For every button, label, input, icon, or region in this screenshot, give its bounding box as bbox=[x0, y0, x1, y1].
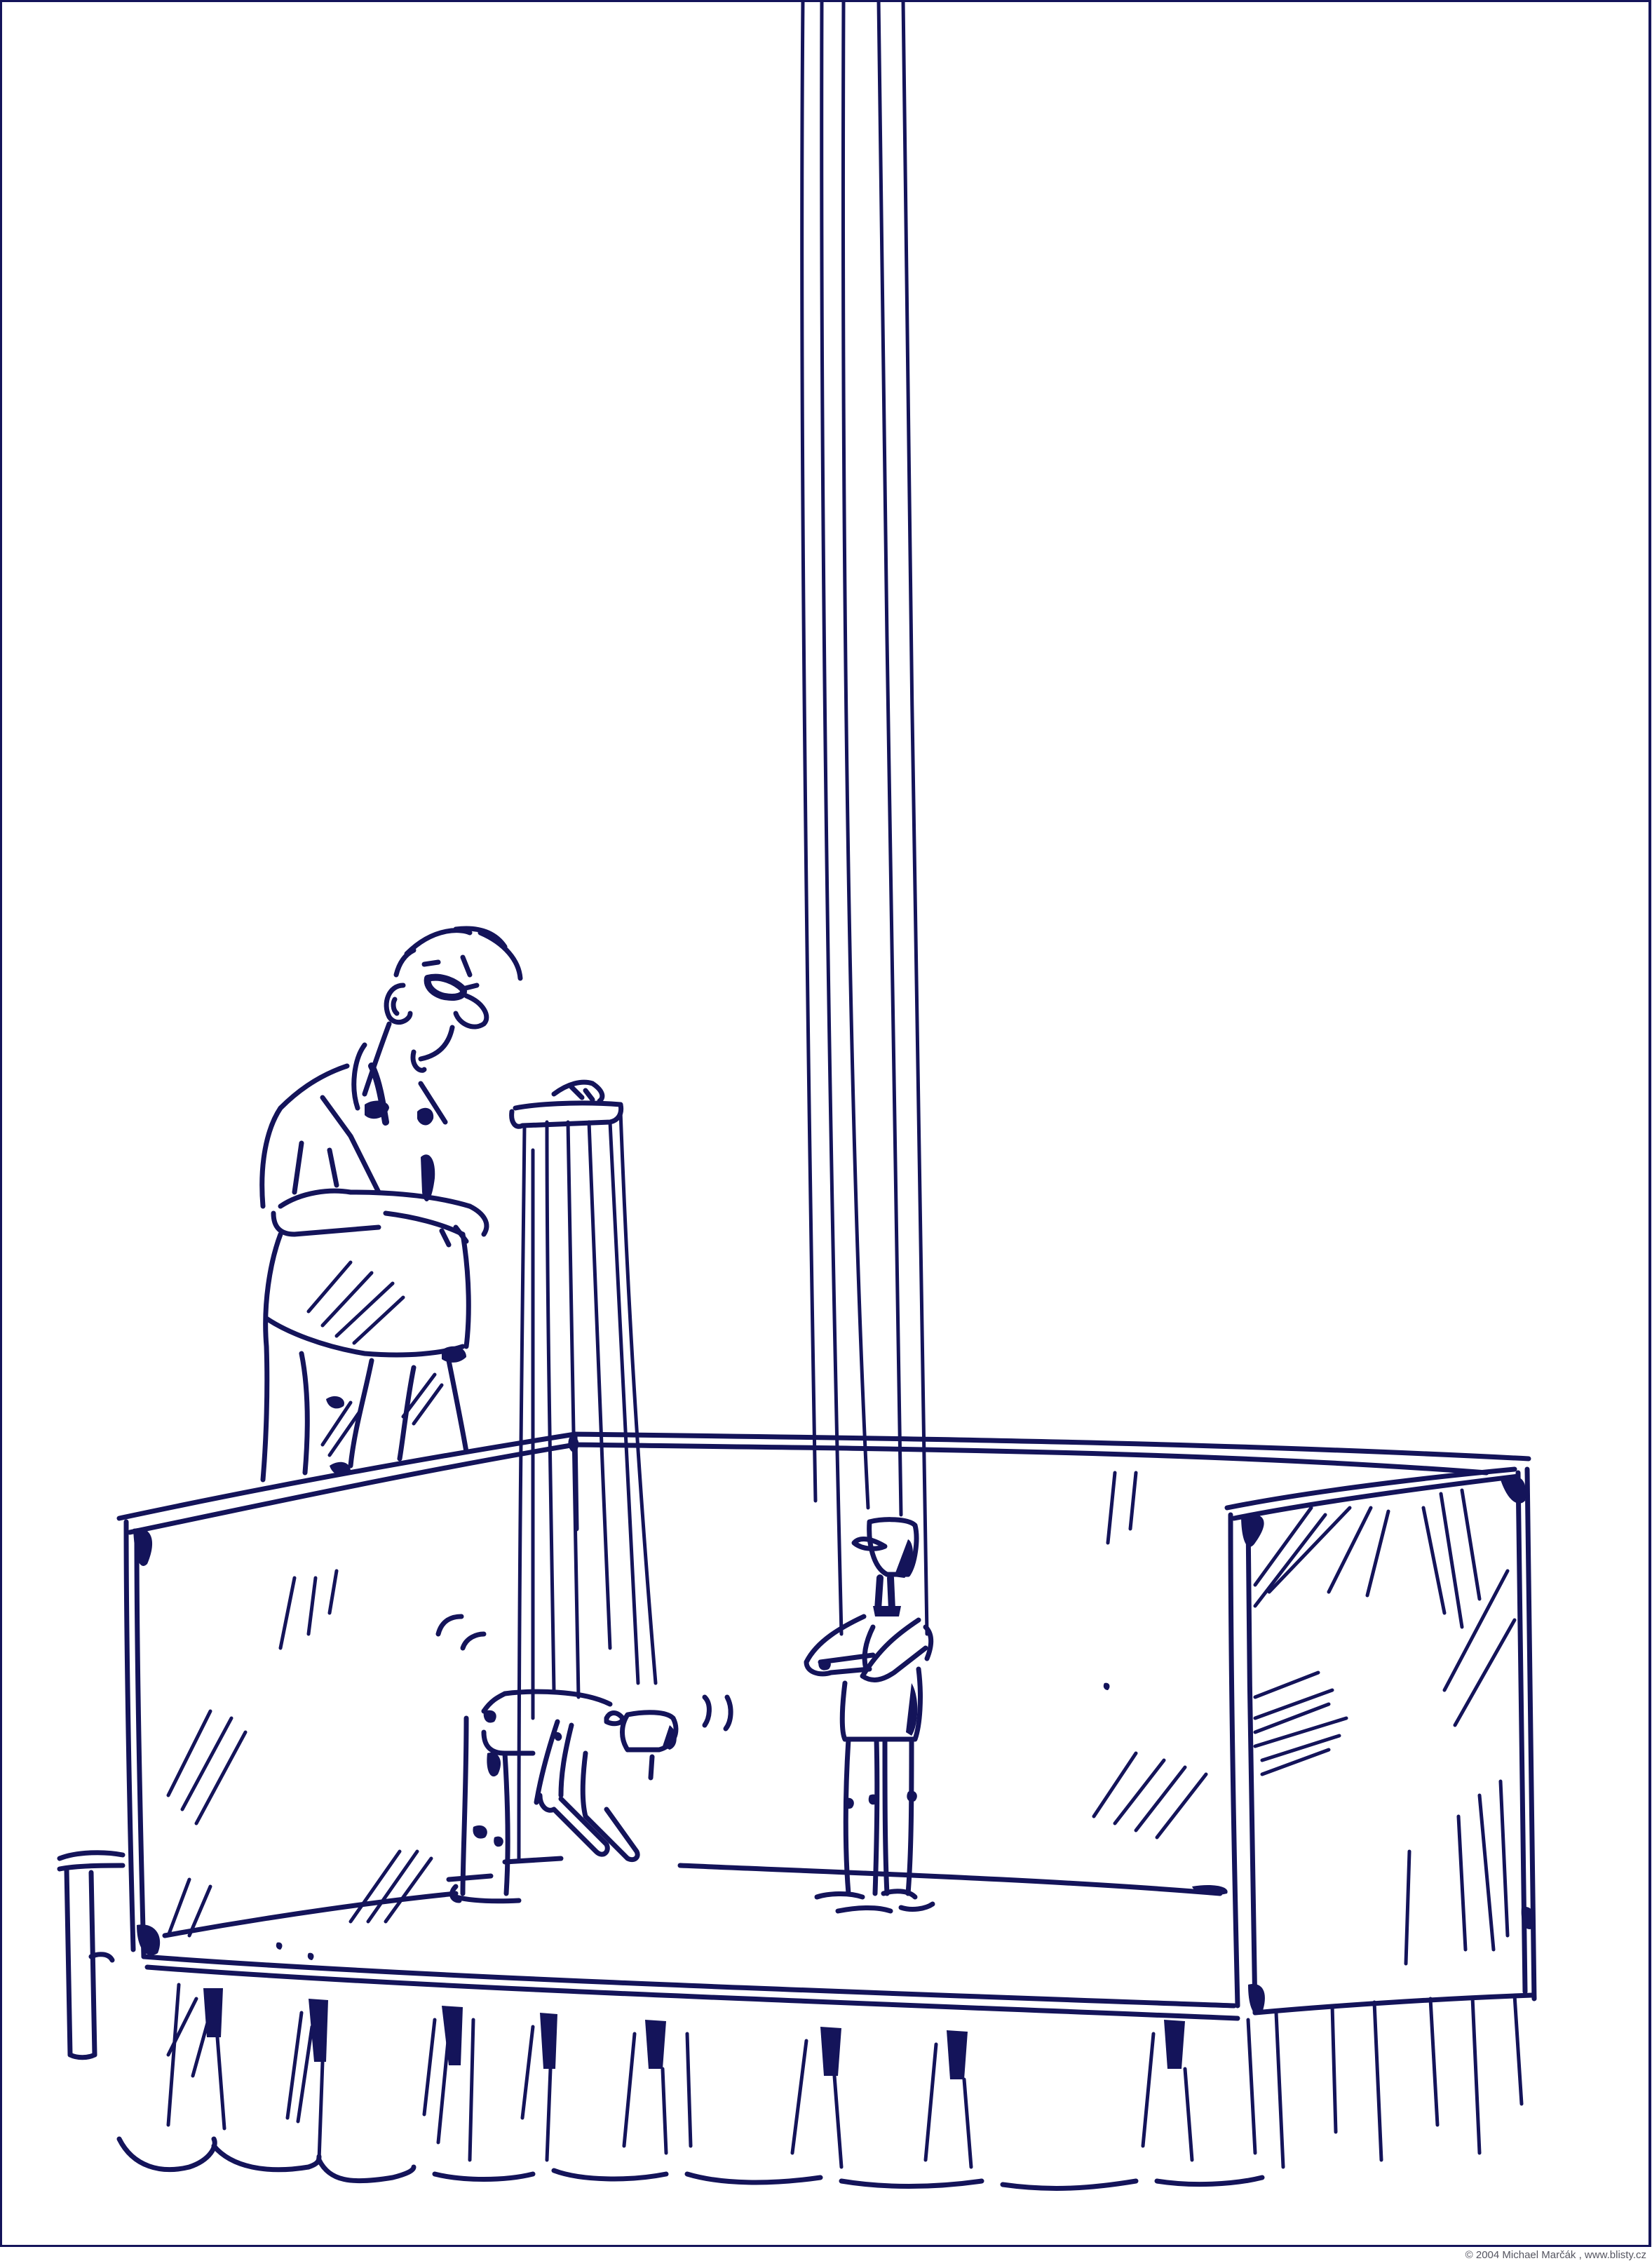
long-strings bbox=[802, 0, 927, 1634]
stool bbox=[60, 1853, 123, 2058]
puppet-stage bbox=[119, 1434, 1534, 2018]
bowing-marionette bbox=[438, 1616, 731, 1901]
cartoon-drawing bbox=[0, 0, 1652, 2244]
copyright-credit: © 2004 Michael Marčák , www.blisty.cz bbox=[1465, 2249, 1646, 2261]
control-bar bbox=[512, 1082, 656, 1858]
stage-skirt bbox=[119, 1985, 1522, 2188]
puppeteer bbox=[262, 929, 520, 1480]
standing-marionette bbox=[806, 1520, 933, 1911]
